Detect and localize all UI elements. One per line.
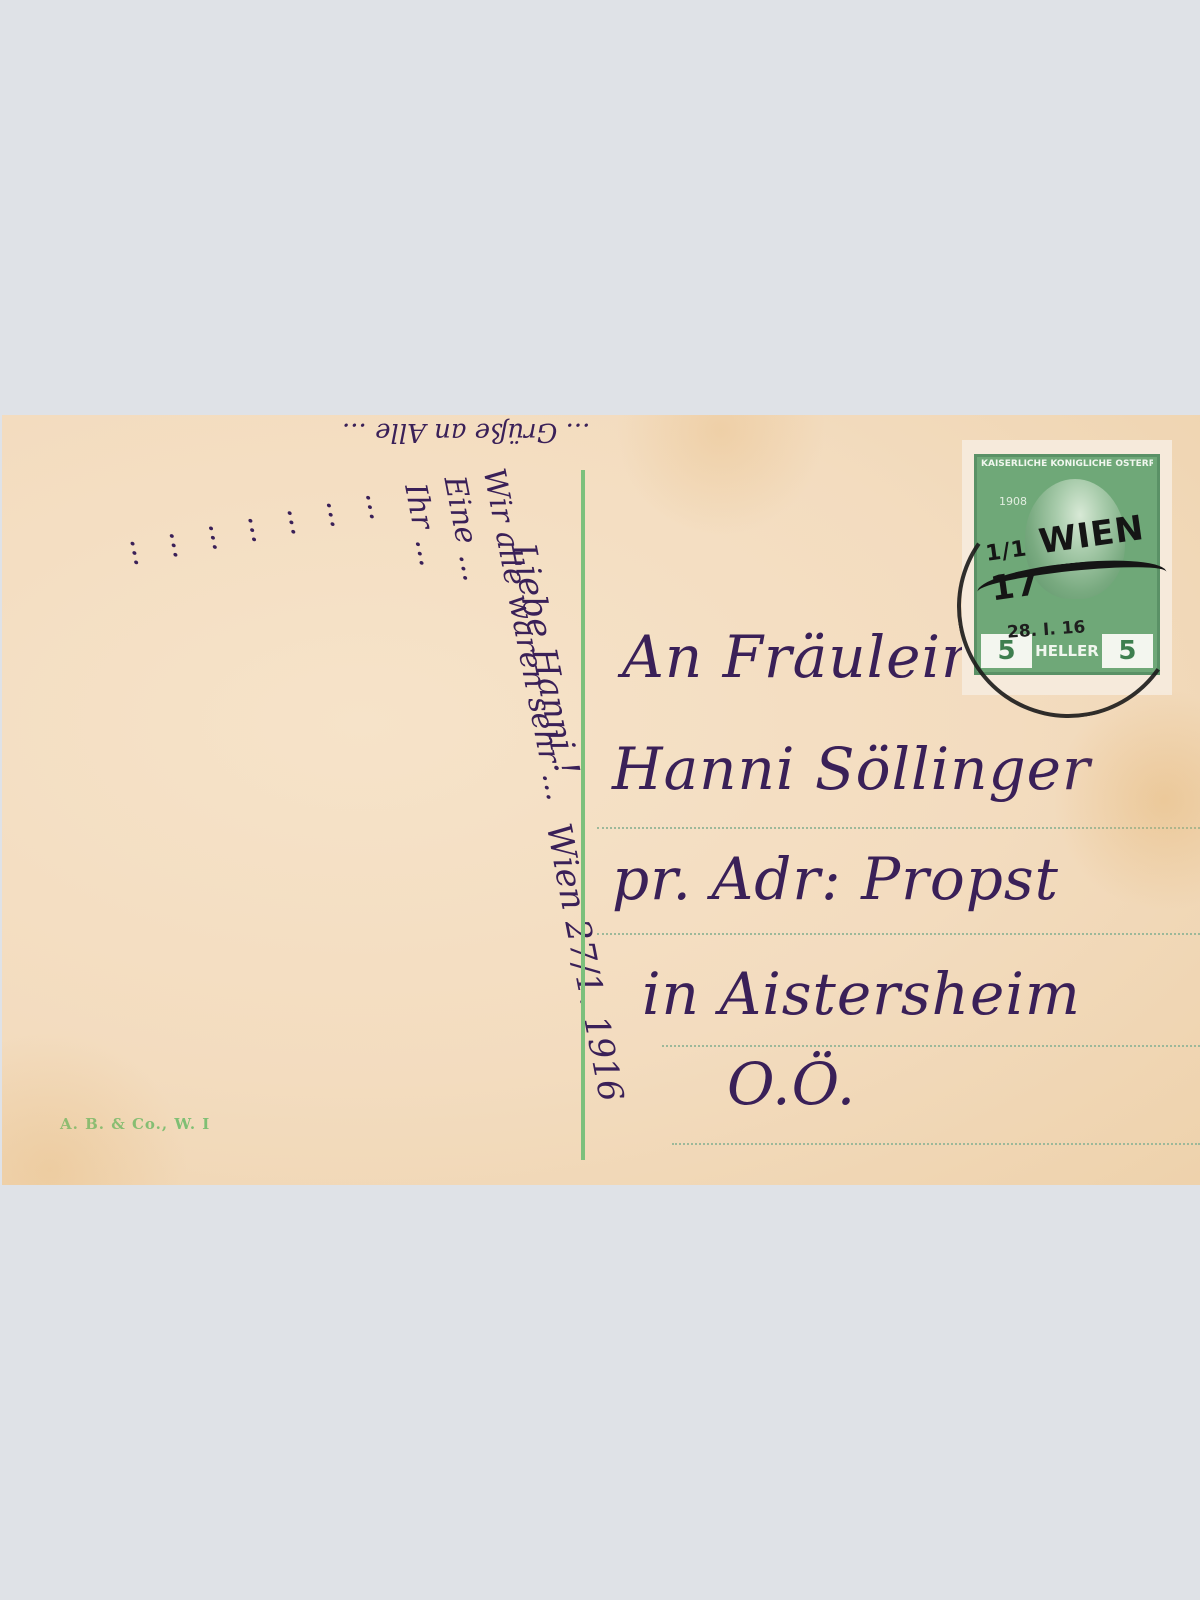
margin-note: ... Grüße an Alle ... (342, 417, 590, 447)
stamp-top-text: KAISERLICHE KÖNIGLICHE ÖSTERREICHISCHE P… (981, 459, 1153, 469)
address-rule (672, 1143, 1200, 1145)
address-line-3: pr. Adr: Propst (612, 845, 1059, 913)
address-rule (662, 1045, 1200, 1047)
center-divider (581, 470, 585, 1160)
message-body: Wir alle waren sehr ... Eine ... Ihr ...… (119, 465, 657, 1185)
address-rule (597, 827, 1200, 829)
address-line-1: An Fräulein (622, 623, 979, 691)
address-rule (597, 933, 1200, 935)
postcard: ... Grüße an Alle ... Wien 27/1. 1916 Li… (2, 415, 1200, 1185)
postmark-prefix: 1/1 (984, 536, 1029, 567)
address-line-5: O.Ö. (727, 1050, 856, 1118)
address-line-2: Hanni Söllinger (612, 735, 1091, 803)
message-area: ... Grüße an Alle ... Wien 27/1. 1916 Li… (2, 415, 562, 1185)
publisher-imprint: A. B. & Co., W. I (60, 1115, 210, 1133)
address-line-4: in Aistersheim (642, 960, 1081, 1028)
